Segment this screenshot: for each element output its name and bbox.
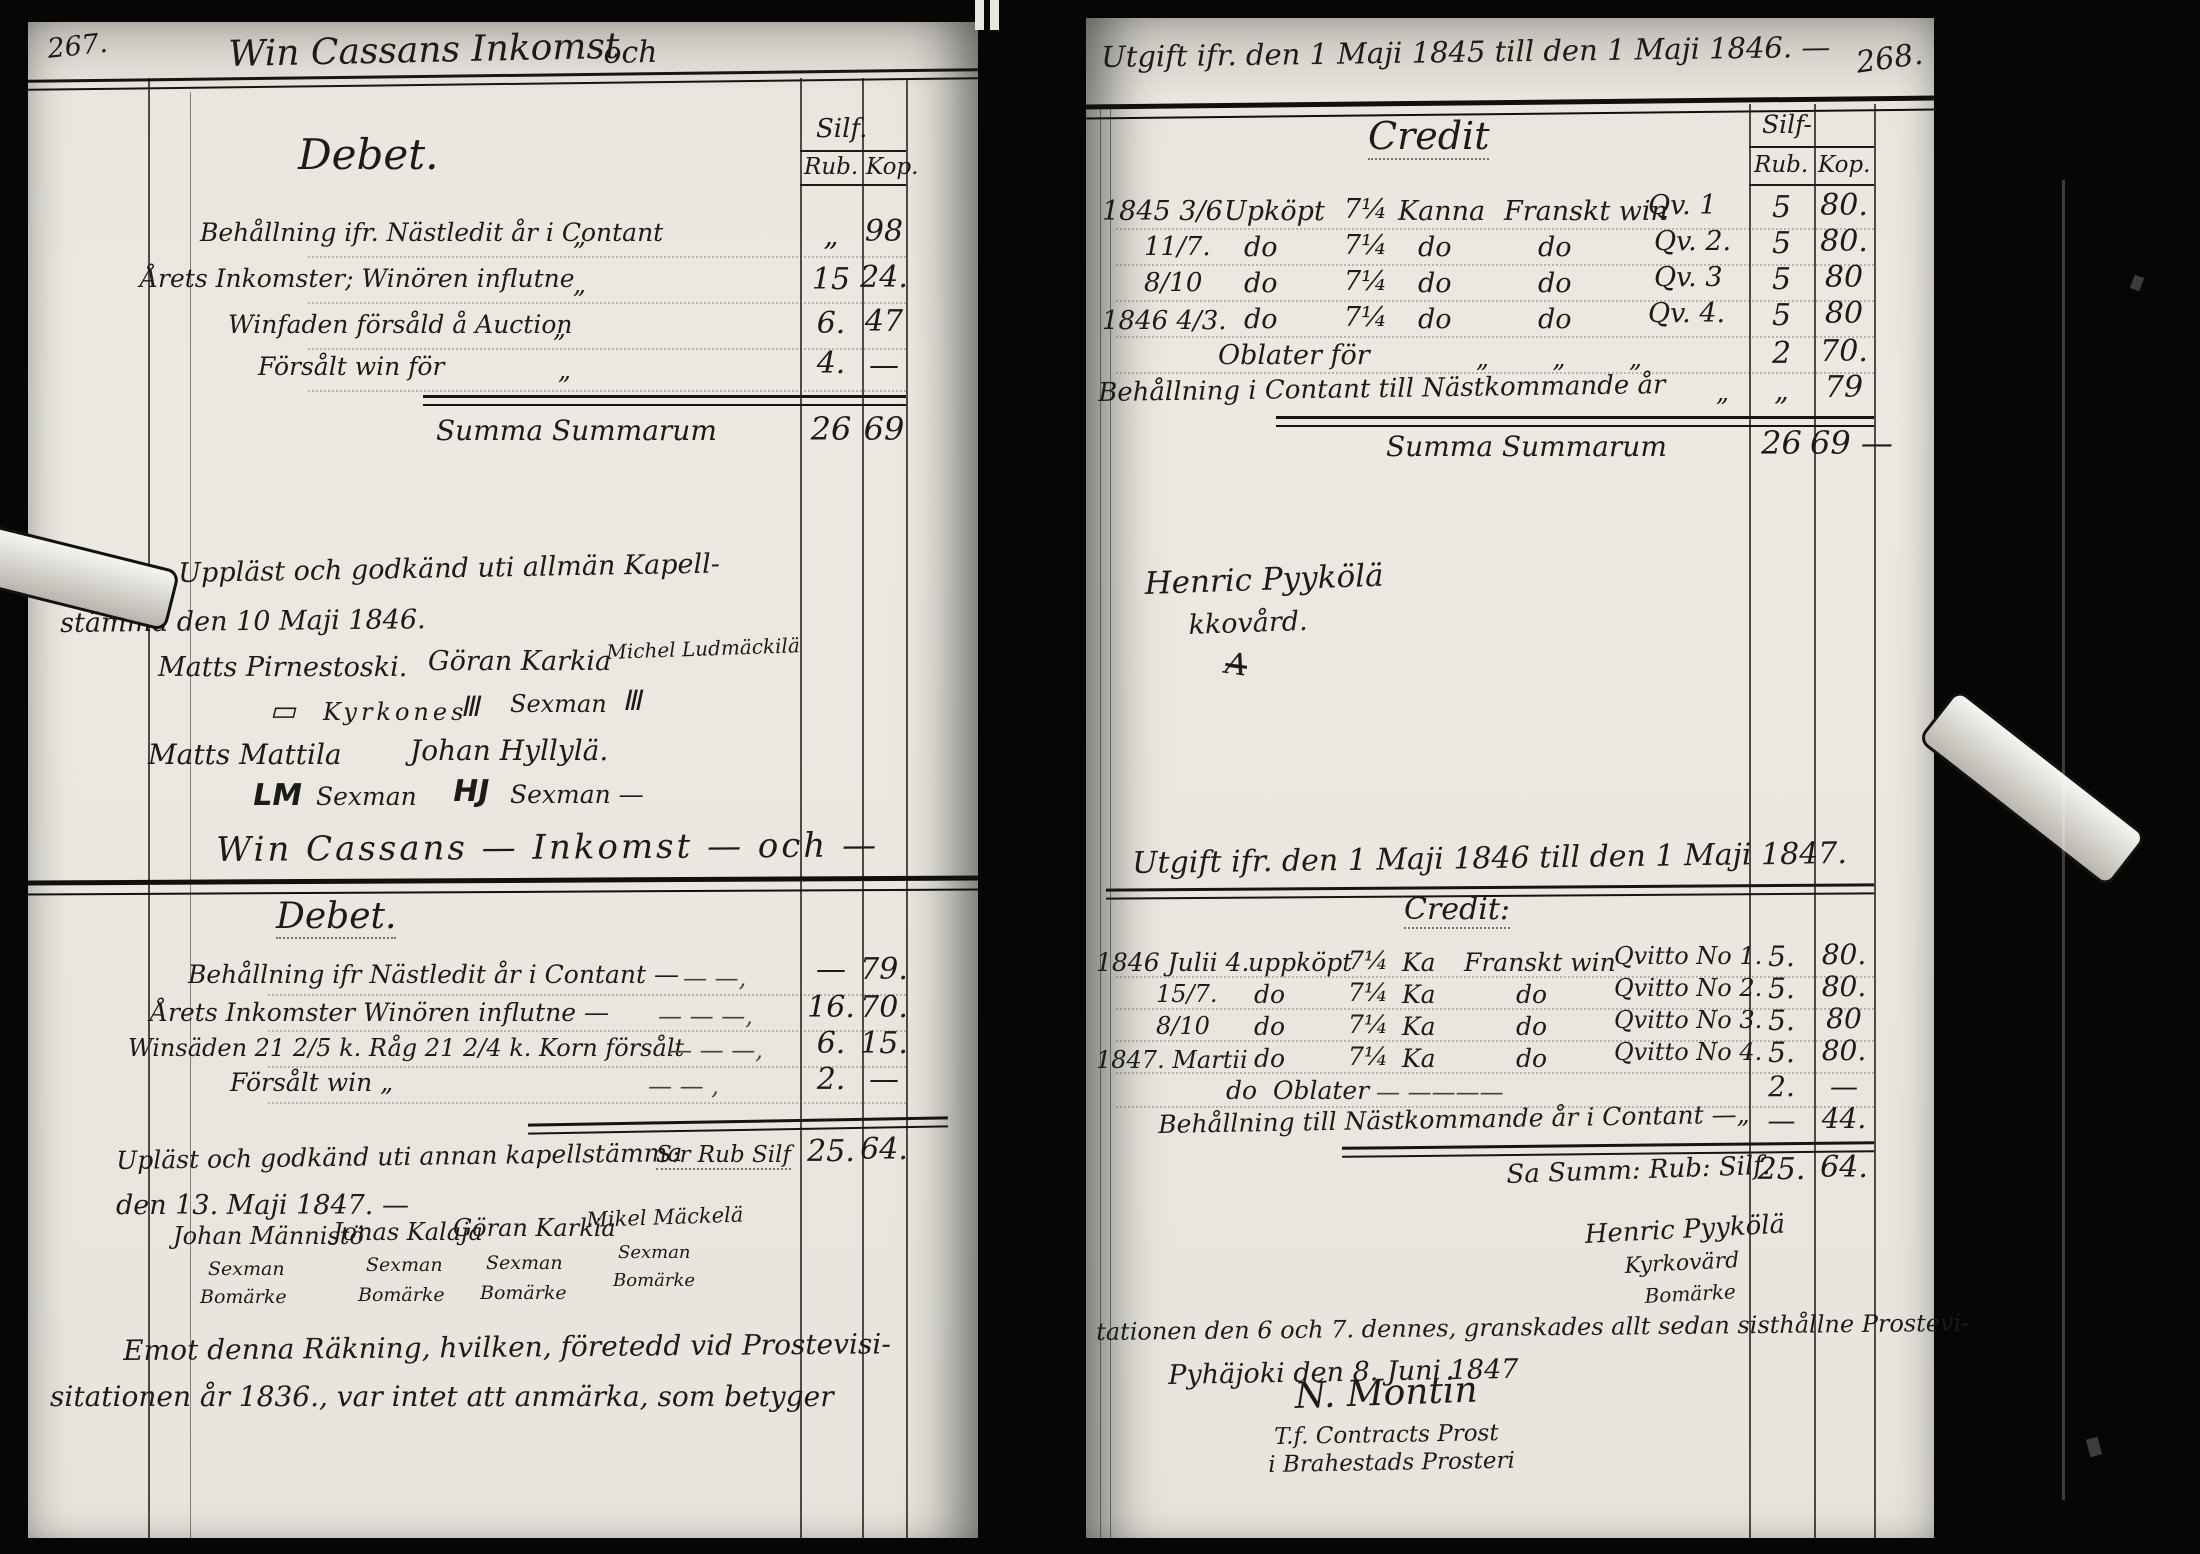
- page-weight-right: [1917, 688, 2148, 888]
- entry-kop: 47: [860, 304, 908, 339]
- entry-item: Franskt win: [1464, 948, 1616, 977]
- entry-kop: 80.: [1814, 1034, 1874, 1067]
- total2-label: S:r Rub Silf: [656, 1142, 791, 1170]
- entry-rub: 6.: [800, 306, 862, 341]
- margin-rule-2: [190, 92, 191, 1538]
- entry-rub: 15: [800, 262, 862, 297]
- side-signature-role: Kyrkovärd: [1624, 1248, 1740, 1279]
- entry-leader: — — ,: [648, 1072, 719, 1100]
- total2-rub: 25.: [800, 1134, 862, 1169]
- entry-rub: 5: [1749, 190, 1814, 225]
- total-kop: 69 —: [1810, 424, 1878, 462]
- entry-kop: —: [860, 348, 908, 383]
- entry-rub: 5.: [1749, 1004, 1814, 1037]
- entry-receipt: Qv. 4.: [1648, 298, 1725, 329]
- entry-rub: „: [800, 218, 862, 252]
- currency-kop-label: Kop.: [866, 154, 918, 180]
- scan-speck: [2130, 275, 2144, 292]
- total-label: Summa Summarum: [1386, 430, 1667, 463]
- entry-item: do: [1516, 1012, 1547, 1041]
- entry-kop: 79: [1814, 370, 1874, 405]
- entry-kop: 24.: [860, 260, 908, 295]
- entry-ditto: „: [573, 222, 586, 251]
- entry-kop: 80: [1814, 296, 1874, 331]
- entry-action: do: [1254, 980, 1285, 1009]
- entry-kop: 70.: [860, 990, 908, 1025]
- entry-item: do: [1516, 980, 1547, 1009]
- entry-desc: Försålt win „: [230, 1068, 393, 1097]
- left-section2-title: Win Cassans — Inkomst — och —: [216, 825, 879, 870]
- entry-qty: 7¼: [1344, 266, 1387, 297]
- entry-desc: Årets Inkomster; Winören influtne: [140, 264, 575, 293]
- entry-unit: do: [1418, 304, 1452, 335]
- entry-desc: Behållning i Contant till Nästkommande å…: [1098, 370, 1666, 408]
- entry-date: 1845 3/6: [1102, 196, 1223, 227]
- entry-item: do: [1538, 232, 1572, 263]
- credit1-title: Credit: [1368, 114, 1489, 160]
- entry-desc: Försålt win för: [258, 352, 444, 381]
- header-rule: [28, 68, 978, 91]
- entry-rub: 5.: [1749, 940, 1814, 973]
- spine-mark-2: [990, 0, 999, 30]
- left-page-title: Win Cassans Inkomst: [228, 26, 620, 75]
- total-rub: 26: [800, 410, 862, 448]
- entry-desc: Winsäden 21 2/5 k. Råg 21 2/4 k. Korn fö…: [128, 1034, 684, 1062]
- entry-receipt: Qvitto No 4.: [1614, 1038, 1762, 1066]
- entry-receipt: Qv. 2.: [1654, 226, 1731, 257]
- entry-desc: Behållning ifr Nästledit år i Contant —: [188, 960, 679, 989]
- entry-item: Franskt win: [1504, 196, 1668, 227]
- bomarke-mark: Ⅲ: [621, 684, 647, 717]
- entry-date: 1846 4/3.: [1102, 306, 1227, 336]
- entry-unit: Kanna: [1398, 196, 1485, 227]
- spine-mark: [975, 0, 984, 30]
- entry-leader: — — —,: [668, 1036, 763, 1064]
- currency-rub-label: Rub.: [804, 154, 858, 180]
- entry-desc: Behållning ifr. Nästledit år i Contant: [200, 218, 663, 247]
- entry-receipt: Qvitto No 2.: [1614, 974, 1762, 1002]
- total-kop: 69: [860, 410, 908, 448]
- credit2-title: Credit:: [1404, 892, 1510, 929]
- bomarke-mark: HJ: [450, 774, 492, 809]
- ruled-line: [268, 1102, 906, 1104]
- signature-name: Matts Pirnestoski.: [158, 652, 407, 683]
- entry-ditto: „: [553, 314, 566, 343]
- entry-action: do: [1254, 1012, 1285, 1041]
- entry-kop: 15.: [860, 1026, 908, 1061]
- footer-line1: Emot denna Räkning, hvilken, företedd vi…: [123, 1327, 891, 1367]
- entry-unit: Ka: [1402, 948, 1436, 977]
- entry-rub: 5.: [1749, 972, 1814, 1005]
- debet2-title: Debet.: [276, 896, 396, 939]
- signature-name: Michel Ludmäckilä: [606, 633, 800, 664]
- entry-rub: —: [800, 952, 862, 987]
- currency-rule: [800, 150, 906, 152]
- footer-line2: sitationen år 1836., var intet att anmär…: [50, 1380, 834, 1413]
- entry-kop: 80.: [1814, 970, 1874, 1003]
- approval2-text: Upläst och godkänd uti annan kapellstämm…: [116, 1138, 683, 1175]
- mid-signature-name: Henric Pyykölä: [1144, 558, 1384, 602]
- bomarke-label: Bomärke: [480, 1282, 567, 1304]
- signature-role: Sexman: [510, 690, 607, 718]
- entry-ditto: „: [558, 356, 571, 385]
- bomarke-mark: Ⅲ: [459, 690, 485, 723]
- entry-kop: —: [860, 1062, 908, 1097]
- entry-rub: „: [1749, 374, 1814, 407]
- left-page-title-och: och: [603, 35, 658, 71]
- entry-kop: 80.: [1814, 938, 1874, 971]
- approval2-date: den 13. Maji 1847. —: [116, 1190, 409, 1221]
- signature-role: Sexman: [486, 1252, 563, 1274]
- bomarke-label: Bomärke: [200, 1286, 287, 1308]
- ledger-scan: 267. Win Cassans Inkomst och Silf. Rub. …: [0, 0, 2200, 1554]
- entry-rub: 2: [1749, 336, 1814, 371]
- currency-rule: [1749, 146, 1874, 148]
- entry-action: uppköpt: [1248, 948, 1352, 977]
- entry-ditto: „: [1716, 378, 1729, 407]
- right-page-title: Utgift ifr. den 1 Maji 1845 till den 1 M…: [1101, 30, 1831, 74]
- entry-unit: Ka: [1402, 980, 1436, 1009]
- bomarke-mark: ▭: [268, 694, 303, 727]
- total-rub: 25.: [1749, 1152, 1814, 1187]
- entry-unit: Ka: [1402, 1044, 1436, 1073]
- entry-rub: 5: [1749, 262, 1814, 297]
- currency-rub-label: Rub.: [1754, 152, 1808, 178]
- entry-rub: 5.: [1749, 1036, 1814, 1069]
- ruled-line: [308, 256, 906, 258]
- side-signature-name: Henric Pyykölä: [1584, 1210, 1786, 1250]
- right-section2-title: Utgift ifr. den 1 Maji 1846 till den 1 M…: [1132, 836, 1847, 881]
- entry-leader: — — —,: [658, 1002, 753, 1030]
- entry-receipt: Qvitto No 3.: [1614, 1006, 1762, 1034]
- total-kop: 64.: [1814, 1150, 1874, 1185]
- entry-rub: 4.: [800, 346, 862, 381]
- signature-role: Sexman: [618, 1242, 691, 1263]
- edge-column-rule: [906, 78, 908, 1538]
- debet1-title: Debet.: [298, 130, 439, 179]
- entry-qty: 7¼: [1344, 230, 1387, 261]
- signature-name: Matts Mattila: [148, 738, 342, 771]
- signature-role: Sexman: [366, 1254, 443, 1276]
- entry-unit: do: [1418, 268, 1452, 299]
- entry-leader: — ————: [1376, 1078, 1504, 1106]
- entry-receipt: Qvitto No 1.: [1614, 942, 1762, 970]
- entry-rub: 2.: [800, 1062, 862, 1097]
- right-page: Utgift ifr. den 1 Maji 1845 till den 1 M…: [1086, 18, 1934, 1538]
- entry-action: do: [1254, 1044, 1285, 1073]
- total-label: Summa Summarum: [436, 414, 717, 447]
- entry-rub: 6.: [800, 1026, 862, 1061]
- currency-rule-2: [800, 184, 906, 186]
- entry-kop: 80: [1814, 1002, 1874, 1035]
- side-signature-bomarke: Bomärke: [1644, 1279, 1736, 1308]
- entry-date: 1847. Martii: [1096, 1046, 1248, 1074]
- entry-action: do: [1244, 268, 1278, 299]
- ruled-line: [308, 302, 906, 304]
- bomarke-label: Bomärke: [613, 1270, 695, 1291]
- entry-date: 1846 Julii 4.: [1096, 948, 1249, 977]
- currency-kop-label: Kop.: [1818, 152, 1870, 178]
- entry-kop: 98: [860, 214, 908, 249]
- signature-role: Kyrkones: [323, 698, 467, 726]
- scan-streak: [2062, 180, 2065, 1500]
- entry-action: Upköpt: [1224, 196, 1325, 227]
- entry-desc: do Oblater: [1226, 1076, 1369, 1105]
- entry-qty: 7¼: [1348, 978, 1388, 1007]
- entry-unit: do: [1418, 232, 1452, 263]
- signature-name: Mikel Mäckelä: [586, 1203, 744, 1232]
- footer-signature-role2: i Brahestads Prosteri: [1268, 1448, 1515, 1478]
- currency-silf-label: Silf-: [1762, 110, 1812, 139]
- footer-signature-role1: T.f. Contracts Prost: [1274, 1420, 1499, 1450]
- entry-rub: —: [1749, 1104, 1814, 1137]
- currency-rule-2: [1749, 184, 1874, 186]
- signature-role: Sexman —: [510, 780, 644, 809]
- signature-role: Sexman: [208, 1258, 285, 1280]
- mid-signature-bomarke-mark: A: [1223, 646, 1249, 684]
- entry-rub: 5: [1749, 226, 1814, 261]
- entry-action: do: [1244, 232, 1278, 263]
- entry-kop: —: [1814, 1070, 1874, 1103]
- entry-date: 11/7.: [1144, 232, 1211, 262]
- entry-rub: 2.: [1749, 1070, 1814, 1103]
- entry-qty: 7¼: [1344, 302, 1387, 333]
- entry-unit: Ka: [1402, 1012, 1436, 1041]
- entry-leader: — —,: [683, 964, 746, 992]
- entry-kop: 79.: [860, 952, 908, 987]
- entry-kop: 80.: [1814, 224, 1874, 259]
- ruled-line: [308, 390, 906, 392]
- left-page-number: 267.: [46, 28, 109, 65]
- ditto-marks: „ „ „: [1476, 344, 1642, 373]
- footer-signature-name: N. Montin: [1294, 1370, 1478, 1417]
- entry-qty: 7¼: [1344, 194, 1387, 225]
- entry-qty: 7¼: [1348, 946, 1388, 975]
- mid-signature-role: kkovård.: [1188, 606, 1308, 641]
- margin-rule: [148, 78, 150, 1538]
- right-page-number: 268.: [1854, 37, 1925, 81]
- entry-receipt: Qv. 3: [1654, 262, 1723, 293]
- total-rule: [423, 395, 906, 406]
- approval1-line1: Uppläst och godkänd uti allmän Kapell-: [178, 549, 720, 589]
- entry-item: do: [1516, 1044, 1547, 1073]
- entry-kop: 70.: [1814, 334, 1874, 369]
- entry-kop: 80: [1814, 260, 1874, 295]
- entry-desc: Oblater för: [1218, 340, 1370, 371]
- left-page: 267. Win Cassans Inkomst och Silf. Rub. …: [28, 22, 978, 1538]
- entry-kop: 80.: [1814, 188, 1874, 223]
- total-rub: 26: [1749, 424, 1814, 462]
- entry-kop: 44.: [1814, 1102, 1874, 1135]
- entry-qty: 7¼: [1348, 1010, 1388, 1039]
- entry-receipt: Qv. 1: [1648, 190, 1717, 221]
- entry-desc: Winfaden försåld å Auction: [228, 310, 573, 339]
- entry-rub: 5: [1749, 298, 1814, 333]
- entry-action: do: [1244, 304, 1278, 335]
- signature-name: Göran Karkia: [428, 646, 611, 677]
- bomarke-label: Bomärke: [358, 1284, 445, 1306]
- scan-speck-2: [2086, 1437, 2102, 1457]
- entry-date: 8/10: [1156, 1012, 1210, 1040]
- entry-item: do: [1538, 268, 1572, 299]
- entry-date: 15/7.: [1156, 980, 1218, 1008]
- signature-role: Sexman: [316, 782, 417, 811]
- footer-line1: tationen den 6 och 7. dennes, granskades…: [1096, 1309, 1969, 1346]
- entry-desc: Årets Inkomster Winören influtne —: [150, 998, 609, 1027]
- total2-kop: 64.: [860, 1132, 908, 1167]
- entry-item: do: [1538, 304, 1572, 335]
- section2-rule: [28, 876, 978, 896]
- total-label: Sa Summ: Rub: Silf.: [1506, 1151, 1771, 1190]
- kop-column-rule: [862, 78, 864, 1538]
- entry-qty: 7¼: [1348, 1042, 1388, 1071]
- entry-ditto: „: [573, 270, 586, 299]
- signature-name: Johan Hyllylä.: [410, 734, 608, 767]
- rub-column-rule: [800, 78, 802, 1538]
- entry-date: 8/10: [1144, 268, 1202, 298]
- currency-silf-label: Silf.: [816, 114, 867, 144]
- entry-rub: 16.: [800, 990, 862, 1025]
- bomarke-mark: LM: [250, 778, 305, 813]
